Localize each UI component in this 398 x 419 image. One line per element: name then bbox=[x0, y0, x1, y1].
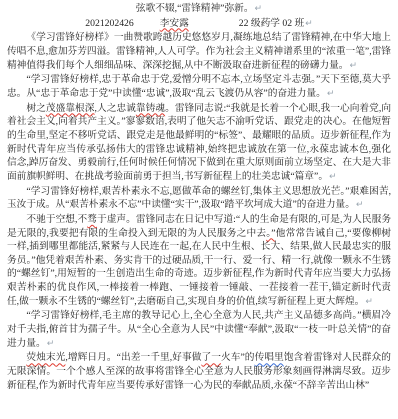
paragraph: “学习雷锋好榜样,毛主席的教导记心上,全心全意为人民,共产主义品德多高尚。”横眉… bbox=[7, 309, 391, 351]
text-segment: 他常常告诫自己,“要像柳树一样,插到哪里都能活,紧紧与人民连在一起,在人民中生根… bbox=[7, 228, 391, 307]
paragraph-mark-icon: ↵ bbox=[329, 172, 337, 182]
byline: 2021202426李安露22 级药学 02 班↵ bbox=[7, 17, 391, 32]
spellcheck-flagged-text: 。” bbox=[266, 228, 275, 239]
spellcheck-flagged-text: 荧烛末光 bbox=[26, 352, 65, 363]
document-page: 弦歌不辍,“雷锋精神”弥新。↵ 2021202426李安露22 级药学 02 班… bbox=[0, 0, 398, 419]
paragraph: 树之茂盛靠根深,人之忠诚靠铸魂。雷锋同志说:“我就是长着一个心眼,我一心向着党,… bbox=[7, 102, 391, 185]
author-name: 李安露 bbox=[160, 17, 189, 31]
paragraph: “学习雷锋好榜样,忠于革命忠于党,爱憎分明不忘本,立场坚定斗志强。”天下至德,莫… bbox=[7, 73, 391, 101]
paragraph-mark-icon: ↵ bbox=[349, 61, 357, 71]
text-segment: ,增辉日月。“出差一千里,好事做 bbox=[65, 352, 201, 363]
paragraph-mark-icon: ↵ bbox=[327, 89, 335, 99]
spellcheck-flagged-text: 传唱里 bbox=[255, 352, 284, 363]
text-segment: 《学习雷锋好榜样》一曲赞歌跨越历史悠悠岁月,凝练地总结了雷锋精神,在中华大地上传… bbox=[7, 32, 391, 70]
spellcheck-flagged-text: 茂盛靠根深 bbox=[46, 103, 95, 114]
spellcheck-flagged-text: 骛 bbox=[87, 214, 97, 225]
paragraph-mark-icon: ↵ bbox=[47, 339, 55, 349]
paragraph: 荧烛末光,增辉日月。“出差一千里,好事做了一火车”的传唱里饱含着雷锋对人民群众的… bbox=[7, 351, 391, 392]
document-title: 弦歌不辍,“雷锋精神”弥新。 bbox=[136, 3, 254, 14]
text-segment: 。雷锋同志说:“我就是长着一个心眼,我一心向着党,向着社会主义,向着共产主义。”… bbox=[7, 103, 391, 182]
paragraph: 不驰于空想,不骛于虚声。雷锋同志在日记中写道:“人的生命是有限的,可是,为人民服… bbox=[7, 213, 391, 310]
paragraph-mark-icon: ↵ bbox=[255, 4, 263, 14]
text-segment: “学习雷锋好榜样,艰苦朴素永不忘,愿做革命的螺丝钉,集体主义思想放光芒。”艰难困… bbox=[7, 186, 391, 211]
spellcheck-flagged-text: 靠铸魂 bbox=[136, 103, 165, 114]
paragraph-mark-icon: ↵ bbox=[365, 297, 373, 307]
student-id: 2021202426 bbox=[85, 17, 133, 31]
text-segment: 火车”的 bbox=[221, 352, 255, 363]
spellcheck-flagged-text: 了一 bbox=[201, 352, 221, 363]
text-segment: 树之 bbox=[26, 103, 45, 114]
document-body: 《学习雷锋好榜样》一曲赞歌跨越历史悠悠岁月,凝练地总结了雷锋精神,在中华大地上传… bbox=[7, 31, 391, 392]
text-segment: ,人之忠诚 bbox=[95, 103, 136, 114]
text-segment: 不驰于空想,不 bbox=[26, 214, 87, 225]
text-segment: “学习雷锋好榜样,毛主席的教导记心上,全心全意为人民,共产主义品德多高尚。”横眉… bbox=[7, 310, 391, 348]
document-title-line: 弦歌不辍,“雷锋精神”弥新。↵ bbox=[7, 2, 391, 17]
class-label: 22 级药学 02 班 bbox=[239, 17, 304, 31]
paragraph-mark-icon: ↵ bbox=[356, 200, 364, 210]
paragraph: “学习雷锋好榜样,艰苦朴素永不忘,愿做革命的螺丝钉,集体主义思想放光芒。”艰难困… bbox=[7, 185, 391, 213]
paragraph: 《学习雷锋好榜样》一曲赞歌跨越历史悠悠岁月,凝练地总结了雷锋精神,在中华大地上传… bbox=[7, 31, 391, 73]
paragraph-mark-icon: ↵ bbox=[305, 18, 313, 32]
